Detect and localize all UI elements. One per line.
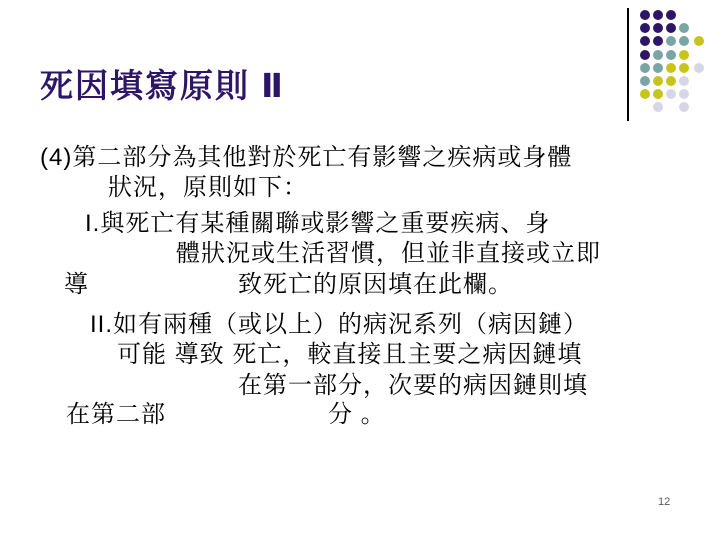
decorative-dot [640, 76, 650, 86]
decorative-dot [653, 102, 663, 112]
body-line: (4)第二部分為其他對於死亡有影響之疾病或身體 [40, 144, 572, 171]
decorative-dot [666, 89, 676, 99]
decorative-dot [640, 36, 650, 46]
decorative-dot [666, 76, 676, 86]
slide-title: 死因填寫原則 Ⅱ [40, 68, 285, 104]
decorative-dot [679, 76, 689, 86]
decorative-dot [653, 10, 663, 20]
decorative-dot [679, 36, 689, 46]
body-line-segment: 分 。 [328, 401, 386, 428]
decorative-dot [653, 89, 663, 99]
body-line: 狀況，原則如下： [108, 174, 308, 201]
decorative-dot [653, 63, 663, 73]
body-line: II.如有兩種（或以上）的病況系列（病因鏈） [90, 311, 588, 338]
decorative-dot [679, 89, 689, 99]
body-line-segment: 在第二部 [66, 401, 166, 428]
body-line: 體狀況或生活習慣，但並非直接或立即 [176, 240, 601, 267]
decorative-dot [653, 76, 663, 86]
decorative-dot [640, 10, 650, 20]
decorative-vertical-line [627, 8, 629, 121]
body-line: 可能 導致 死亡，較直接且主要之病因鏈填 [117, 341, 582, 368]
decorative-dot [653, 23, 663, 33]
decorative-dot [679, 63, 689, 73]
decorative-dot [679, 50, 689, 60]
decorative-dot [653, 50, 663, 60]
decorative-dot [653, 36, 663, 46]
decorative-dot [640, 63, 650, 73]
decorative-dot [666, 23, 676, 33]
decorative-dot [679, 23, 689, 33]
decorative-dot [666, 63, 676, 73]
decorative-dot [640, 23, 650, 33]
decorative-dot [666, 10, 676, 20]
decorative-dot [694, 36, 704, 46]
slide: 死因填寫原則 Ⅱ (4)第二部分為其他對於死亡有影響之疾病或身體 狀況，原則如下… [0, 0, 720, 540]
decorative-dot [679, 102, 689, 112]
page-number: 12 [658, 496, 670, 508]
body-line: I.與死亡有某種關聯或影響之重要疾病、身 [85, 210, 550, 237]
decorative-dot [666, 36, 676, 46]
decorative-dot [694, 63, 704, 73]
decorative-dot [640, 89, 650, 99]
body-line-segment: 致死亡的原因填在此欄。 [238, 271, 513, 298]
body-line: 在第一部分，次要的病因鏈則填 [238, 372, 588, 399]
decorative-dot [666, 50, 676, 60]
decorative-dot [640, 50, 650, 60]
body-line-segment: 導 [64, 271, 89, 298]
